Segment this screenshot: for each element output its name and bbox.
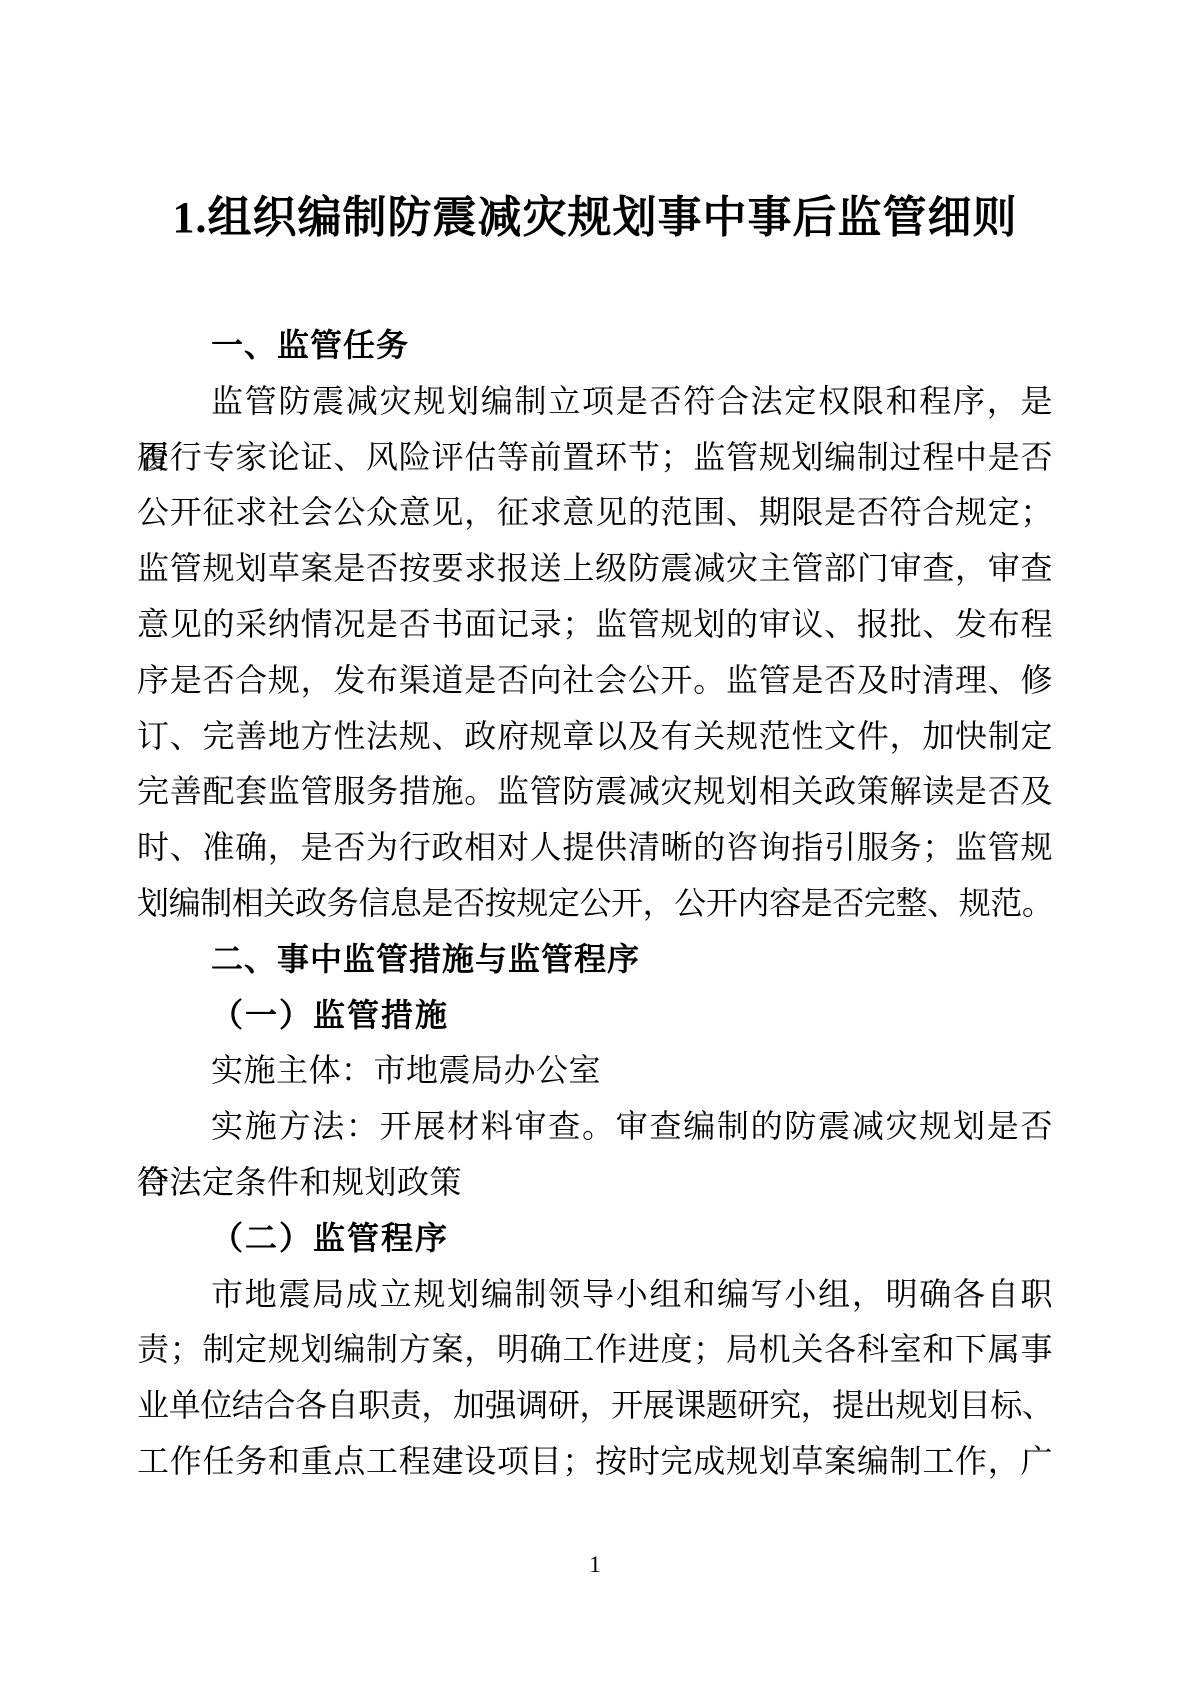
- text-line: 序是否合规，发布渠道是否向社会公开。监管是否及时清理、修: [137, 653, 1053, 709]
- document-title: 1.组织编制防震减灾规划事中事后监管细则: [137, 189, 1053, 247]
- text-line: 合法定条件和规划政策: [137, 1155, 1053, 1211]
- text-line: 履行专家论证、风险评估等前置环节；监管规划编制过程中是否: [137, 430, 1053, 486]
- text-line: 划编制相关政务信息是否按规定公开，公开内容是否完整、规范。: [137, 876, 1053, 932]
- text-line: 二、事中监管措施与监管程序: [137, 932, 1053, 988]
- text-line: 市地震局成立规划编制领导小组和编写小组，明确各自职: [137, 1267, 1053, 1323]
- text-line: （一）监管措施: [137, 988, 1053, 1044]
- text-line: 一、监管任务: [137, 318, 1053, 374]
- text-line: 实施方法：开展材料审查。审查编制的防震减灾规划是否符: [137, 1099, 1053, 1155]
- text-line: 意见的采纳情况是否书面记录；监管规划的审议、报批、发布程: [137, 597, 1053, 653]
- text-line: 监管规划草案是否按要求报送上级防震减灾主管部门审查，审查: [137, 541, 1053, 597]
- document-body: 一、监管任务监管防震减灾规划编制立项是否符合法定权限和程序，是否履行专家论证、风…: [137, 318, 1053, 1490]
- text-line: 时、准确，是否为行政相对人提供清晰的咨询指引服务；监管规: [137, 820, 1053, 876]
- text-line: 实施主体：市地震局办公室: [137, 1043, 1053, 1099]
- text-line: 完善配套监管服务措施。监管防震减灾规划相关政策解读是否及: [137, 764, 1053, 820]
- page-number: 1: [0, 1550, 1190, 1580]
- text-line: （二）监管程序: [137, 1211, 1053, 1267]
- text-line: 业单位结合各自职责，加强调研，开展课题研究，提出规划目标、: [137, 1378, 1053, 1434]
- document-page: 1.组织编制防震减灾规划事中事后监管细则 一、监管任务监管防震减灾规划编制立项是…: [0, 0, 1190, 1683]
- text-line: 监管防震减灾规划编制立项是否符合法定权限和程序，是否: [137, 374, 1053, 430]
- text-line: 工作任务和重点工程建设项目；按时完成规划草案编制工作，广: [137, 1434, 1053, 1490]
- text-line: 责；制定规划编制方案，明确工作进度；局机关各科室和下属事: [137, 1322, 1053, 1378]
- text-line: 订、完善地方性法规、政府规章以及有关规范性文件，加快制定: [137, 709, 1053, 765]
- text-line: 公开征求社会公众意见，征求意见的范围、期限是否符合规定；: [137, 485, 1053, 541]
